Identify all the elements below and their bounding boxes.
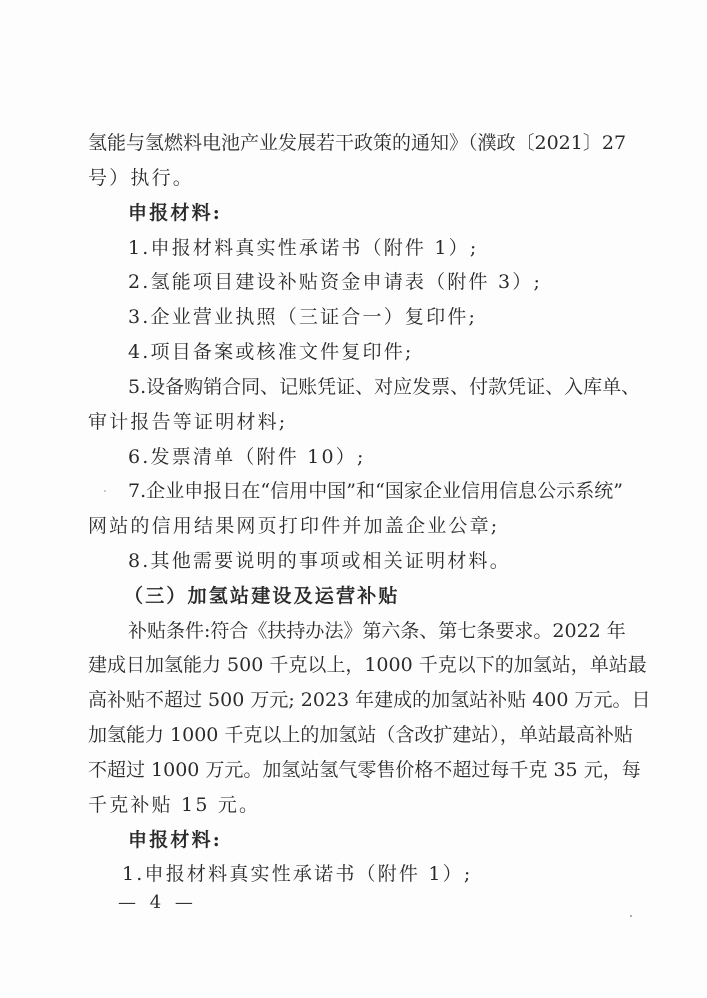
scan-speck — [104, 490, 106, 492]
paragraph-line-execution: 号）执行。 — [88, 166, 623, 190]
list-item-7-continued: 网站的信用结果网页打印件并加盖企业公章; — [88, 514, 623, 538]
section-heading-hydrogen-station-subsidy: （三）加氢站建设及运营补贴 — [124, 584, 659, 608]
paragraph-subsidy-line-5: 不超过 1000 万元。加氢站氢气零售价格不超过每千克 35 元，每 — [88, 758, 623, 782]
list-item-7: 7.企业申报日在“信用中国”和“国家企业信用信息公示系统” — [128, 479, 623, 503]
list-item-4: 4.项目备案或核准文件复印件; — [128, 340, 663, 364]
scan-speck — [630, 915, 632, 917]
list-item-6: 6.发票清单（附件 10）; — [128, 445, 663, 469]
paragraph-subsidy-line-3: 高补贴不超过 500 万元; 2023 年建成的加氢站补贴 400 万元。日 — [88, 688, 623, 712]
paragraph-subsidy-line-4: 加氢能力 1000 千克以上的加氢站（含改扩建站），单站最高补贴 — [88, 723, 623, 747]
paragraph-subsidy-conditions: 补贴条件:符合《扶持办法》第六条、第七条要求。2022 年 — [128, 619, 623, 643]
list-item-1-second: 1.申报材料真实性承诺书（附件 1）; — [122, 862, 657, 886]
list-item-1: 1.申报材料真实性承诺书（附件 1）; — [128, 236, 663, 260]
page-number: — 4 — — [118, 891, 197, 915]
document-page: 氢能与氢燃料电池产业发展若干政策的通知》（濮政〔2021〕27 号）执行。 申报… — [0, 0, 707, 998]
list-item-2: 2.氢能项目建设补贴资金申请表（附件 3）; — [128, 270, 663, 294]
section-heading-application-materials-2: 申报材料: — [128, 828, 663, 852]
list-item-5: 5.设备购销合同、记账凭证、对应发票、付款凭证、入库单、 — [128, 375, 623, 399]
paragraph-subsidy-line-2: 建成日加氢能力 500 千克以上，1000 千克以下的加氢站，单站最 — [88, 653, 623, 677]
paragraph-line-policy-reference: 氢能与氢燃料电池产业发展若干政策的通知》（濮政〔2021〕27 — [88, 131, 623, 155]
section-heading-application-materials: 申报材料: — [128, 201, 663, 225]
paragraph-subsidy-line-6: 千克补贴 15 元。 — [88, 793, 623, 817]
list-item-3: 3.企业营业执照（三证合一）复印件; — [128, 305, 663, 329]
scan-speck — [283, 150, 285, 152]
list-item-8: 8.其他需要说明的事项或相关证明材料。 — [128, 549, 663, 573]
list-item-5-continued: 审计报告等证明材料; — [88, 410, 623, 434]
